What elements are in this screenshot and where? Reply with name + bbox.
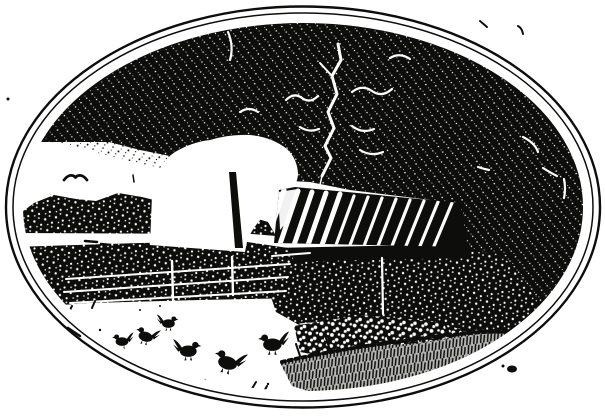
vignette-scene [0, 0, 605, 416]
sky-tick [133, 175, 134, 182]
barn-storm-engraving: Lightning striking a barn during a storm… [0, 0, 605, 416]
barn-corner-post-highlight [382, 258, 383, 314]
engraving-illustration: Lightning striking a barn during a storm… [0, 0, 605, 416]
